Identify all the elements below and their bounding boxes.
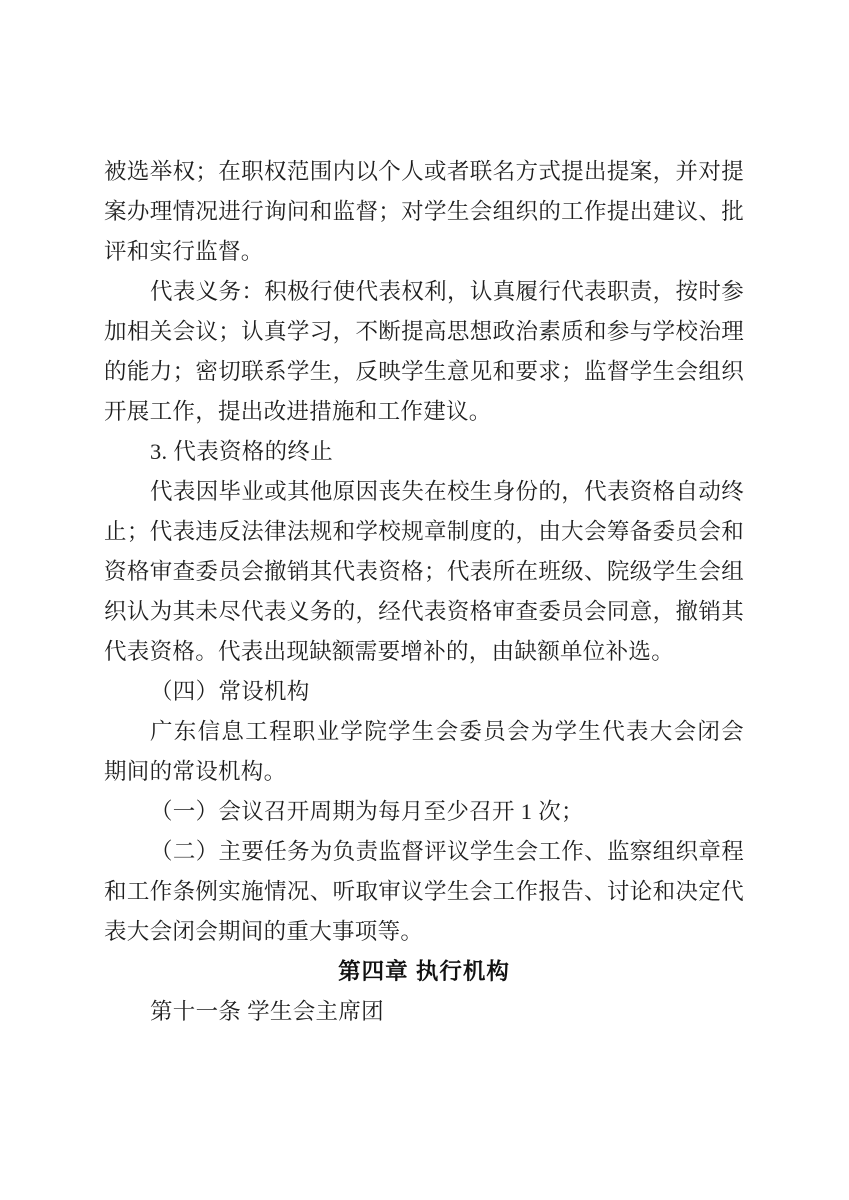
text-line: 广东信息工程职业学院学生会委员会为学生代表大会闭会 <box>104 712 744 752</box>
document-page: 被选举权；在职权范围内以个人或者联名方式提出提案，并对提案办理情况进行询问和监督… <box>0 0 849 1200</box>
document-text-block: 被选举权；在职权范围内以个人或者联名方式提出提案，并对提案办理情况进行询问和监督… <box>104 152 744 1032</box>
text-line: 代表义务：积极行使代表权利，认真履行代表职责，按时参 <box>104 272 744 312</box>
chapter-heading: 第四章 执行机构 <box>104 952 744 992</box>
text-line: （四）常设机构 <box>104 672 744 712</box>
text-line: 3. 代表资格的终止 <box>104 432 744 472</box>
text-line: 资格审查委员会撤销其代表资格；代表所在班级、院级学生会组 <box>104 552 744 592</box>
text-line: 代表资格。代表出现缺额需要增补的，由缺额单位补选。 <box>104 632 744 672</box>
text-line: 表大会闭会期间的重大事项等。 <box>104 912 744 952</box>
text-line: 止；代表违反法律法规和学校规章制度的，由大会筹备委员会和 <box>104 512 744 552</box>
text-line: （一）会议召开周期为每月至少召开 1 次； <box>104 792 744 832</box>
text-line: 加相关会议；认真学习，不断提高思想政治素质和参与学校治理 <box>104 312 744 352</box>
text-line: 的能力；密切联系学生，反映学生意见和要求；监督学生会组织 <box>104 352 744 392</box>
text-line: 第十一条 学生会主席团 <box>104 992 744 1032</box>
text-line: 织认为其未尽代表义务的，经代表资格审查委员会同意，撤销其 <box>104 592 744 632</box>
text-line: 被选举权；在职权范围内以个人或者联名方式提出提案，并对提 <box>104 152 744 192</box>
text-line: 评和实行监督。 <box>104 232 744 272</box>
text-line: （二）主要任务为负责监督评议学生会工作、监察组织章程 <box>104 832 744 872</box>
text-line: 案办理情况进行询问和监督；对学生会组织的工作提出建议、批 <box>104 192 744 232</box>
text-line: 和工作条例实施情况、听取审议学生会工作报告、讨论和决定代 <box>104 872 744 912</box>
text-line: 代表因毕业或其他原因丧失在校生身份的，代表资格自动终 <box>104 472 744 512</box>
text-line: 期间的常设机构。 <box>104 752 744 792</box>
text-line: 开展工作，提出改进措施和工作建议。 <box>104 392 744 432</box>
